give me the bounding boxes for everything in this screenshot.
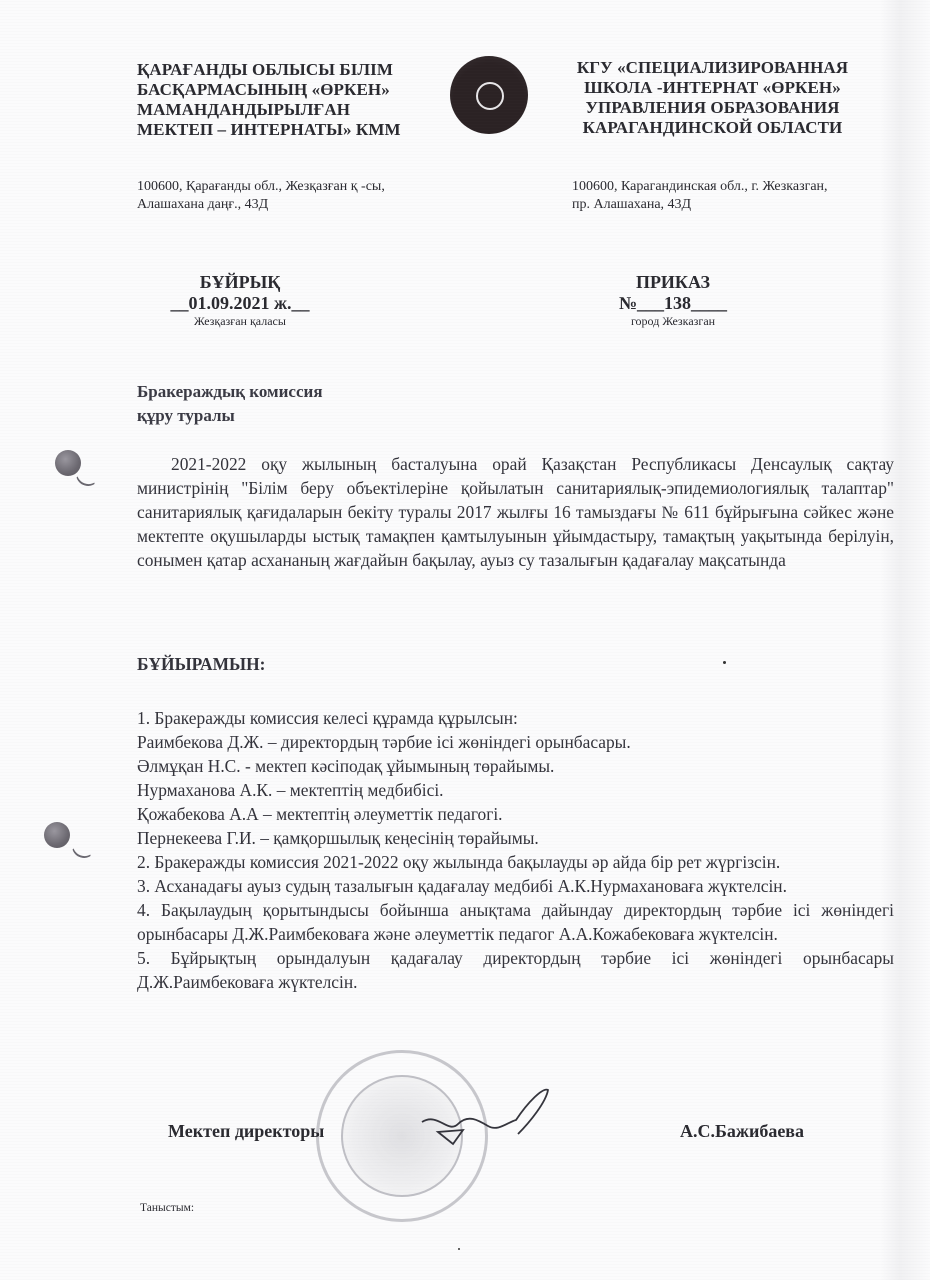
order-item: 4. Бақылаудың қорытындысы бойынша анықта… bbox=[137, 898, 894, 946]
address-line: Алашахана даңғ., 43Д bbox=[137, 196, 385, 214]
handwritten-signature-icon bbox=[418, 1082, 558, 1152]
order-item: 2. Бракеражды комиссия 2021-2022 оқу жыл… bbox=[137, 850, 894, 874]
header-org-russian-line: УПРАВЛЕНИЯ ОБРАЗОВАНИЯ bbox=[570, 98, 855, 118]
punch-hole-icon bbox=[44, 822, 70, 848]
acknowledgement-label: Таныстым: bbox=[140, 1202, 194, 1214]
header-org-russian: КГУ «СПЕЦИАЛИЗИРОВАННАЯ ШКОЛА -ИНТЕРНАТ … bbox=[570, 58, 855, 138]
signature-role: Мектеп директоры bbox=[168, 1121, 324, 1142]
address-russian: 100600, Карагандинская обл., г. Жезказга… bbox=[572, 178, 828, 214]
address-line: 100600, Қарағанды обл., Жезқазған қ -сы, bbox=[137, 178, 385, 196]
order-title-kazakh: БҰЙРЫҚ bbox=[150, 272, 330, 292]
order-item: 5. Бұйрықтың орындалуын қадағалау директ… bbox=[137, 946, 894, 994]
address-kazakh: 100600, Қарағанды обл., Жезқазған қ -сы,… bbox=[137, 178, 385, 214]
subject-line: құру туралы bbox=[137, 404, 323, 428]
preamble-paragraph: 2021-2022 оқу жылының басталуына орай Қа… bbox=[137, 452, 894, 572]
emblem-center-ring bbox=[476, 82, 504, 110]
subject-line: Бракераждық комиссия bbox=[137, 380, 323, 404]
header-org-russian-line: КАРАГАНДИНСКОЙ ОБЛАСТИ bbox=[570, 118, 855, 138]
signature-name: А.С.Бажибаева bbox=[680, 1121, 804, 1142]
header-org-kazakh: ҚАРАҒАНДЫ ОБЛЫСЫ БІЛІМ БАСҚАРМАСЫНЫҢ «ӨР… bbox=[137, 60, 447, 140]
order-city-kazakh: Жезқазған қаласы bbox=[150, 314, 330, 328]
decree-heading: БҰЙЫРАМЫН: bbox=[137, 654, 265, 675]
commission-member: Қожабекова А.А – мектептің әлеуметтік пе… bbox=[137, 802, 894, 826]
header-org-russian-line: КГУ «СПЕЦИАЛИЗИРОВАННАЯ bbox=[570, 58, 855, 78]
order-subject: Бракераждық комиссия құру туралы bbox=[137, 380, 323, 428]
header-org-russian-line: ШКОЛА -ИНТЕРНАТ «ӨРКЕН» bbox=[570, 78, 855, 98]
header-org-kazakh-line: МЕКТЕП – ИНТЕРНАТЫ» КММ bbox=[137, 120, 447, 140]
commission-member: Раимбекова Д.Ж. – директордың тәрбие ісі… bbox=[137, 730, 894, 754]
order-city-russian: город Жезказган bbox=[598, 314, 748, 328]
scanned-document-page: ҚАРАҒАНДЫ ОБЛЫСЫ БІЛІМ БАСҚАРМАСЫНЫҢ «ӨР… bbox=[0, 0, 930, 1280]
order-title-russian: ПРИКАЗ bbox=[598, 272, 748, 292]
order-block-russian: ПРИКАЗ №___138____ город Жезказган bbox=[598, 272, 748, 328]
punch-hole-shadow-icon bbox=[69, 831, 100, 862]
commission-member: Әлмұқан Н.С. - мектеп кәсіподақ ұйымының… bbox=[137, 754, 894, 778]
order-item: 3. Асханадағы ауыз судың тазалығын қадағ… bbox=[137, 874, 894, 898]
state-emblem-icon bbox=[450, 56, 528, 134]
commission-member: Нурмаханова А.К. – мектептің медбибісі. bbox=[137, 778, 894, 802]
header-org-kazakh-line: БАСҚАРМАСЫНЫҢ «ӨРКЕН» bbox=[137, 80, 447, 100]
header-org-kazakh-line: МАМАНДАНДЫРЫЛҒАН bbox=[137, 100, 447, 120]
order-item: 1. Бракеражды комиссия келесі құрамда құ… bbox=[137, 706, 894, 730]
address-line: пр. Алашахана, 43Д bbox=[572, 196, 828, 214]
scan-speck bbox=[458, 1248, 460, 1250]
order-number: №___138____ bbox=[598, 292, 748, 314]
order-block-kazakh: БҰЙРЫҚ __01.09.2021 ж.__ Жезқазған қалас… bbox=[150, 272, 330, 328]
commission-member: Пернекеева Г.И. – қамқоршылық кеңесінің … bbox=[137, 826, 894, 850]
scan-speck bbox=[723, 661, 726, 664]
address-line: 100600, Карагандинская обл., г. Жезказга… bbox=[572, 178, 828, 196]
order-date: __01.09.2021 ж.__ bbox=[150, 292, 330, 314]
order-items-list: 1. Бракеражды комиссия келесі құрамда құ… bbox=[137, 706, 894, 994]
header-org-kazakh-line: ҚАРАҒАНДЫ ОБЛЫСЫ БІЛІМ bbox=[137, 60, 447, 80]
